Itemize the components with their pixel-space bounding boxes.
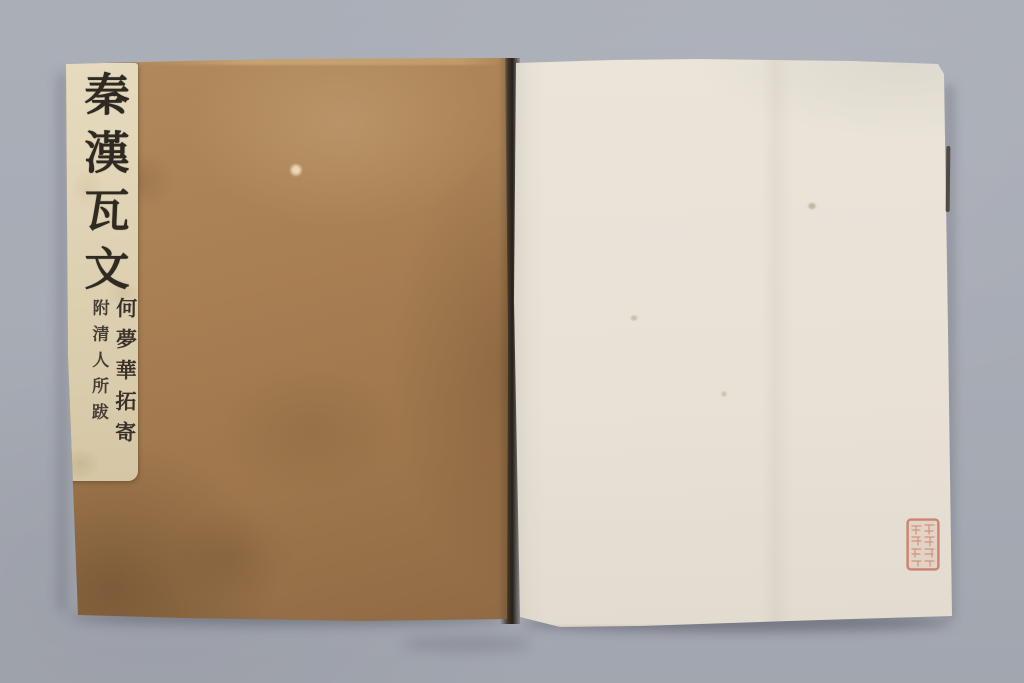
inscription-right-column: 何夢華拓寄 bbox=[113, 297, 136, 479]
seal-impression-graphic bbox=[906, 518, 940, 571]
inscription-left-column: 附清人所跋 bbox=[89, 297, 108, 479]
underlying-page-edge bbox=[946, 146, 951, 212]
title-calligraphy: 秦漢瓦文 bbox=[80, 71, 125, 303]
red-collector-seal bbox=[906, 518, 940, 571]
facing-blank-page bbox=[512, 56, 958, 630]
backdrop-smudge bbox=[402, 636, 532, 652]
photo-backdrop: 秦漢瓦文 何夢華拓寄 附清人所跋 bbox=[0, 0, 1024, 683]
album-front-cover: 秦漢瓦文 何夢華拓寄 附清人所跋 bbox=[64, 56, 510, 622]
label-inscriptions: 何夢華拓寄 附清人所跋 bbox=[89, 297, 136, 479]
title-label-slip: 秦漢瓦文 何夢華拓寄 附清人所跋 bbox=[66, 63, 138, 481]
cover-left-shadow bbox=[57, 72, 67, 612]
